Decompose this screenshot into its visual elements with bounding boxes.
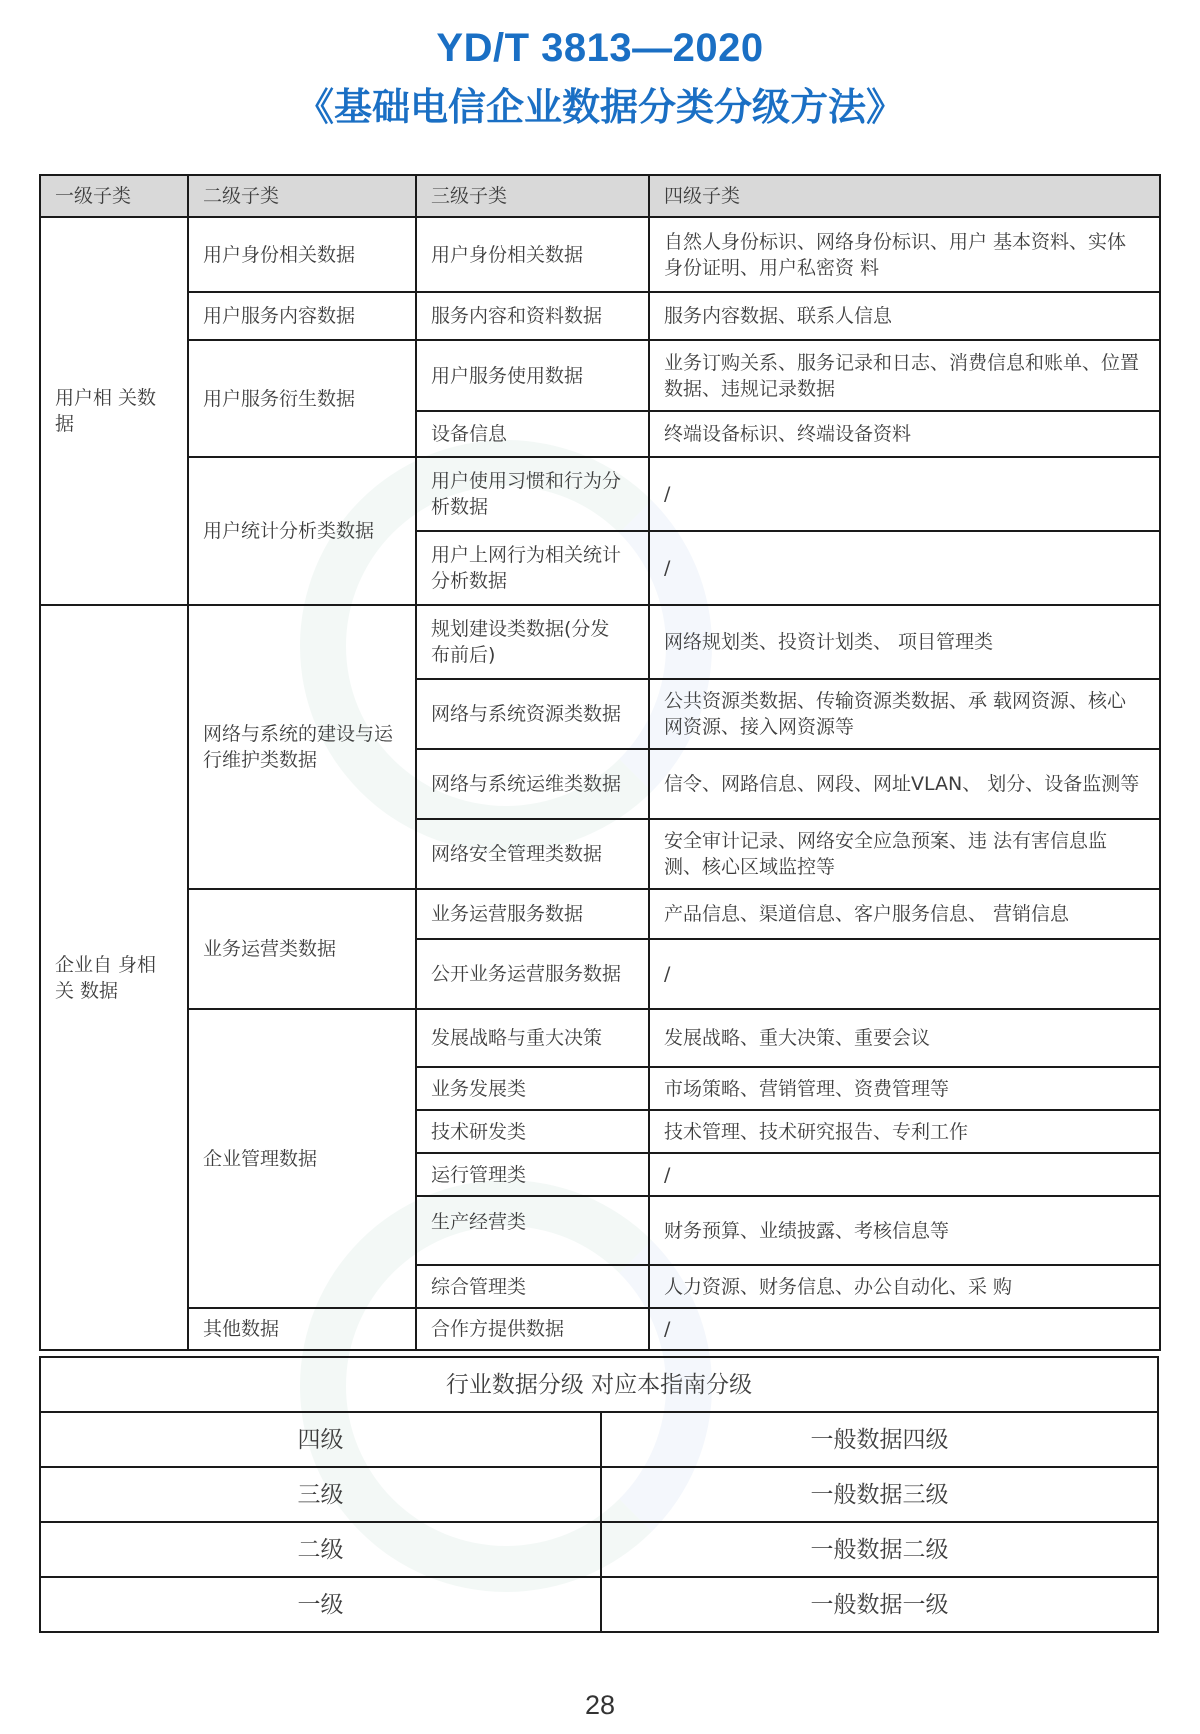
level3-cell: 网络安全管理类数据: [416, 819, 649, 889]
level2-cell: 其他数据: [188, 1308, 416, 1350]
level4-cell: 发展战略、重大决策、重要会议: [649, 1009, 1160, 1067]
level3-cell: 用户身份相关数据: [416, 217, 649, 292]
table-header-row: 一级子类 二级子类 三级子类 四级子类: [40, 175, 1160, 217]
level2-cell: 用户服务衍生数据: [188, 340, 416, 457]
level4-cell: /: [649, 1153, 1160, 1196]
classification-table: 一级子类 二级子类 三级子类 四级子类 用户相 关数据 用户身份相关数据 用户身…: [39, 174, 1161, 1351]
level4-cell: 自然人身份标识、网络身份标识、用户 基本资料、实体身份证明、用户私密资 料: [649, 217, 1160, 292]
table-row: 用户服务衍生数据 用户服务使用数据 业务订购关系、服务记录和日志、消费信息和账单…: [40, 340, 1160, 411]
guide-level-cell: 一般数据四级: [601, 1412, 1158, 1467]
level4-cell: 人力资源、财务信息、办公自动化、采 购: [649, 1265, 1160, 1308]
column-header: 一级子类: [40, 175, 188, 217]
level-table-header-row: 行业数据分级 对应本指南分级: [40, 1357, 1158, 1412]
industry-level-cell: 三级: [40, 1467, 601, 1522]
table-row: 二级 一般数据二级: [40, 1522, 1158, 1577]
level4-cell: 公共资源类数据、传输资源类数据、承 载网资源、核心网资源、接入网资源等: [649, 679, 1160, 749]
level3-cell: 用户上网行为相关统计分析数据: [416, 531, 649, 605]
level3-cell: 设备信息: [416, 411, 649, 457]
table-row: 三级 一般数据三级: [40, 1467, 1158, 1522]
table-row: 用户服务内容数据 服务内容和资料数据 服务内容数据、联系人信息: [40, 292, 1160, 340]
standard-code: YD/T 3813—2020: [0, 26, 1200, 71]
level4-cell: /: [649, 1308, 1160, 1350]
level1-cell: 用户相 关数据: [40, 217, 188, 605]
level2-cell: 企业管理数据: [188, 1009, 416, 1308]
level2-cell: 网络与系统的建设与运行维护类数据: [188, 605, 416, 889]
level2-cell: 业务运营类数据: [188, 889, 416, 1009]
table-row: 其他数据 合作方提供数据 /: [40, 1308, 1160, 1350]
level-mapping-table: 行业数据分级 对应本指南分级 四级 一般数据四级 三级 一般数据三级 二级 一般…: [39, 1356, 1159, 1633]
level3-cell: 业务运营服务数据: [416, 889, 649, 939]
level3-cell: 发展战略与重大决策: [416, 1009, 649, 1067]
table-row: 企业管理数据 发展战略与重大决策 发展战略、重大决策、重要会议: [40, 1009, 1160, 1067]
level4-cell: 服务内容数据、联系人信息: [649, 292, 1160, 340]
level4-cell: 产品信息、渠道信息、客户服务信息、 营销信息: [649, 889, 1160, 939]
guide-level-cell: 一般数据一级: [601, 1577, 1158, 1632]
level4-cell: 终端设备标识、终端设备资料: [649, 411, 1160, 457]
table-row: 四级 一般数据四级: [40, 1412, 1158, 1467]
guide-level-cell: 一般数据二级: [601, 1522, 1158, 1577]
level4-cell: /: [649, 457, 1160, 531]
level4-cell: 业务订购关系、服务记录和日志、消费信息和账单、位置数据、违规记录数据: [649, 340, 1160, 411]
level3-cell: 网络与系统资源类数据: [416, 679, 649, 749]
table-row: 一级 一般数据一级: [40, 1577, 1158, 1632]
table-row: 企业自 身相关 数据 网络与系统的建设与运行维护类数据 规划建设类数据(分发 布…: [40, 605, 1160, 679]
level4-cell: /: [649, 531, 1160, 605]
industry-level-cell: 一级: [40, 1577, 601, 1632]
page-number: 28: [0, 1690, 1200, 1721]
level3-cell: 用户使用习惯和行为分析数据: [416, 457, 649, 531]
level3-cell: 规划建设类数据(分发 布前后): [416, 605, 649, 679]
level3-cell: 合作方提供数据: [416, 1308, 649, 1350]
level3-cell: 公开业务运营服务数据: [416, 939, 649, 1009]
level4-cell: 信令、网路信息、网段、网址VLAN、 划分、设备监测等: [649, 749, 1160, 819]
industry-level-cell: 二级: [40, 1522, 601, 1577]
level4-cell: 市场策略、营销管理、资费管理等: [649, 1067, 1160, 1110]
level3-cell: 综合管理类: [416, 1265, 649, 1308]
table-row: 用户统计分析类数据 用户使用习惯和行为分析数据 /: [40, 457, 1160, 531]
level4-cell: 财务预算、业绩披露、考核信息等: [649, 1196, 1160, 1265]
level4-cell: 网络规划类、投资计划类、 项目管理类: [649, 605, 1160, 679]
level2-cell: 用户服务内容数据: [188, 292, 416, 340]
level1-cell: 企业自 身相关 数据: [40, 605, 188, 1350]
level4-cell: 技术管理、技术研究报告、专利工作: [649, 1110, 1160, 1153]
level3-cell: 生产经营类: [416, 1196, 649, 1265]
level4-cell: 安全审计记录、网络安全应急预案、违 法有害信息监测、核心区域监控等: [649, 819, 1160, 889]
level3-cell: 网络与系统运维类数据: [416, 749, 649, 819]
level3-cell: 技术研发类: [416, 1110, 649, 1153]
table-row: 业务运营类数据 业务运营服务数据 产品信息、渠道信息、客户服务信息、 营销信息: [40, 889, 1160, 939]
column-header: 二级子类: [188, 175, 416, 217]
level4-cell: /: [649, 939, 1160, 1009]
level2-cell: 用户统计分析类数据: [188, 457, 416, 605]
column-header: 四级子类: [649, 175, 1160, 217]
level3-cell: 运行管理类: [416, 1153, 649, 1196]
level3-cell: 服务内容和资料数据: [416, 292, 649, 340]
level3-cell: 用户服务使用数据: [416, 340, 649, 411]
column-header: 三级子类: [416, 175, 649, 217]
level2-cell: 用户身份相关数据: [188, 217, 416, 292]
level-table-header: 行业数据分级 对应本指南分级: [40, 1357, 1158, 1412]
industry-level-cell: 四级: [40, 1412, 601, 1467]
guide-level-cell: 一般数据三级: [601, 1467, 1158, 1522]
standard-title: 《基础电信企业数据分类分级方法》: [0, 76, 1200, 131]
level3-cell: 业务发展类: [416, 1067, 649, 1110]
table-row: 用户相 关数据 用户身份相关数据 用户身份相关数据 自然人身份标识、网络身份标识…: [40, 217, 1160, 292]
